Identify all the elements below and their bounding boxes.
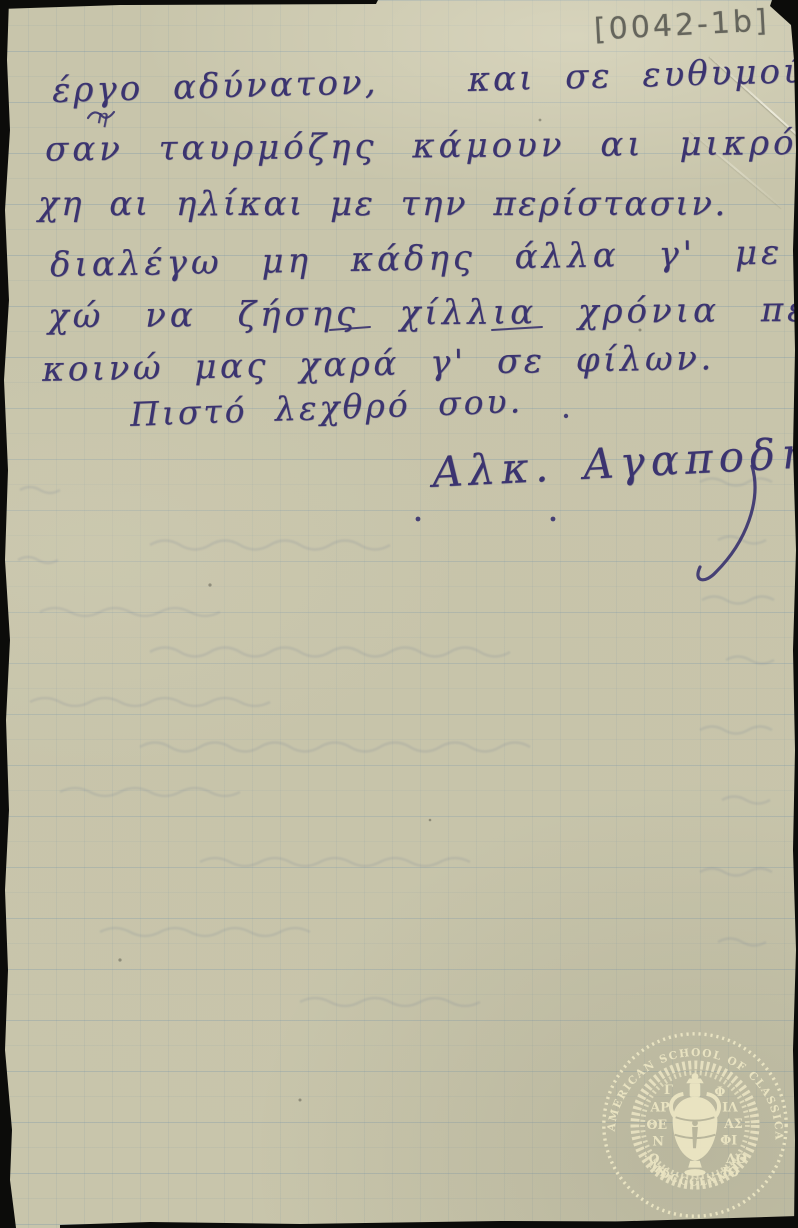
handwritten-line: χη αι ηλίκαι με την περίστασιν. [38,184,728,224]
svg-text:ΙΛ: ΙΛ [722,1099,738,1114]
svg-text:ΑΡ: ΑΡ [649,1099,670,1114]
amphora-icon [671,1073,719,1176]
scanned-letter-page: { "page": { "background": "#0c0c0a", "pa… [0,0,798,1228]
svg-text:Φ: Φ [714,1084,725,1099]
margin-mark: η [96,104,108,128]
svg-text:ΙΟ: ΙΟ [722,1164,739,1179]
svg-text:Ο: Ο [648,1151,659,1166]
svg-text:ΑΣ: ΑΣ [723,1116,743,1131]
svg-text:ΘΕ: ΘΕ [647,1117,668,1132]
handwritten-line: σαν ταυρμόζης κάμουν αι μικρόψυ- [45,122,798,169]
svg-text:Υ: Υ [657,1165,668,1180]
svg-text:ΦΙ: ΦΙ [720,1132,737,1147]
ascsa-seal-stamp: AMERICAN SCHOOL OF CLASSICAL STUDIES AT … [598,1028,792,1222]
handwritten-line: χώ να ζήσης χίλλια χρόνια περι [48,289,798,336]
svg-text:Ν: Ν [652,1133,664,1148]
svg-text:Γ: Γ [664,1082,673,1097]
